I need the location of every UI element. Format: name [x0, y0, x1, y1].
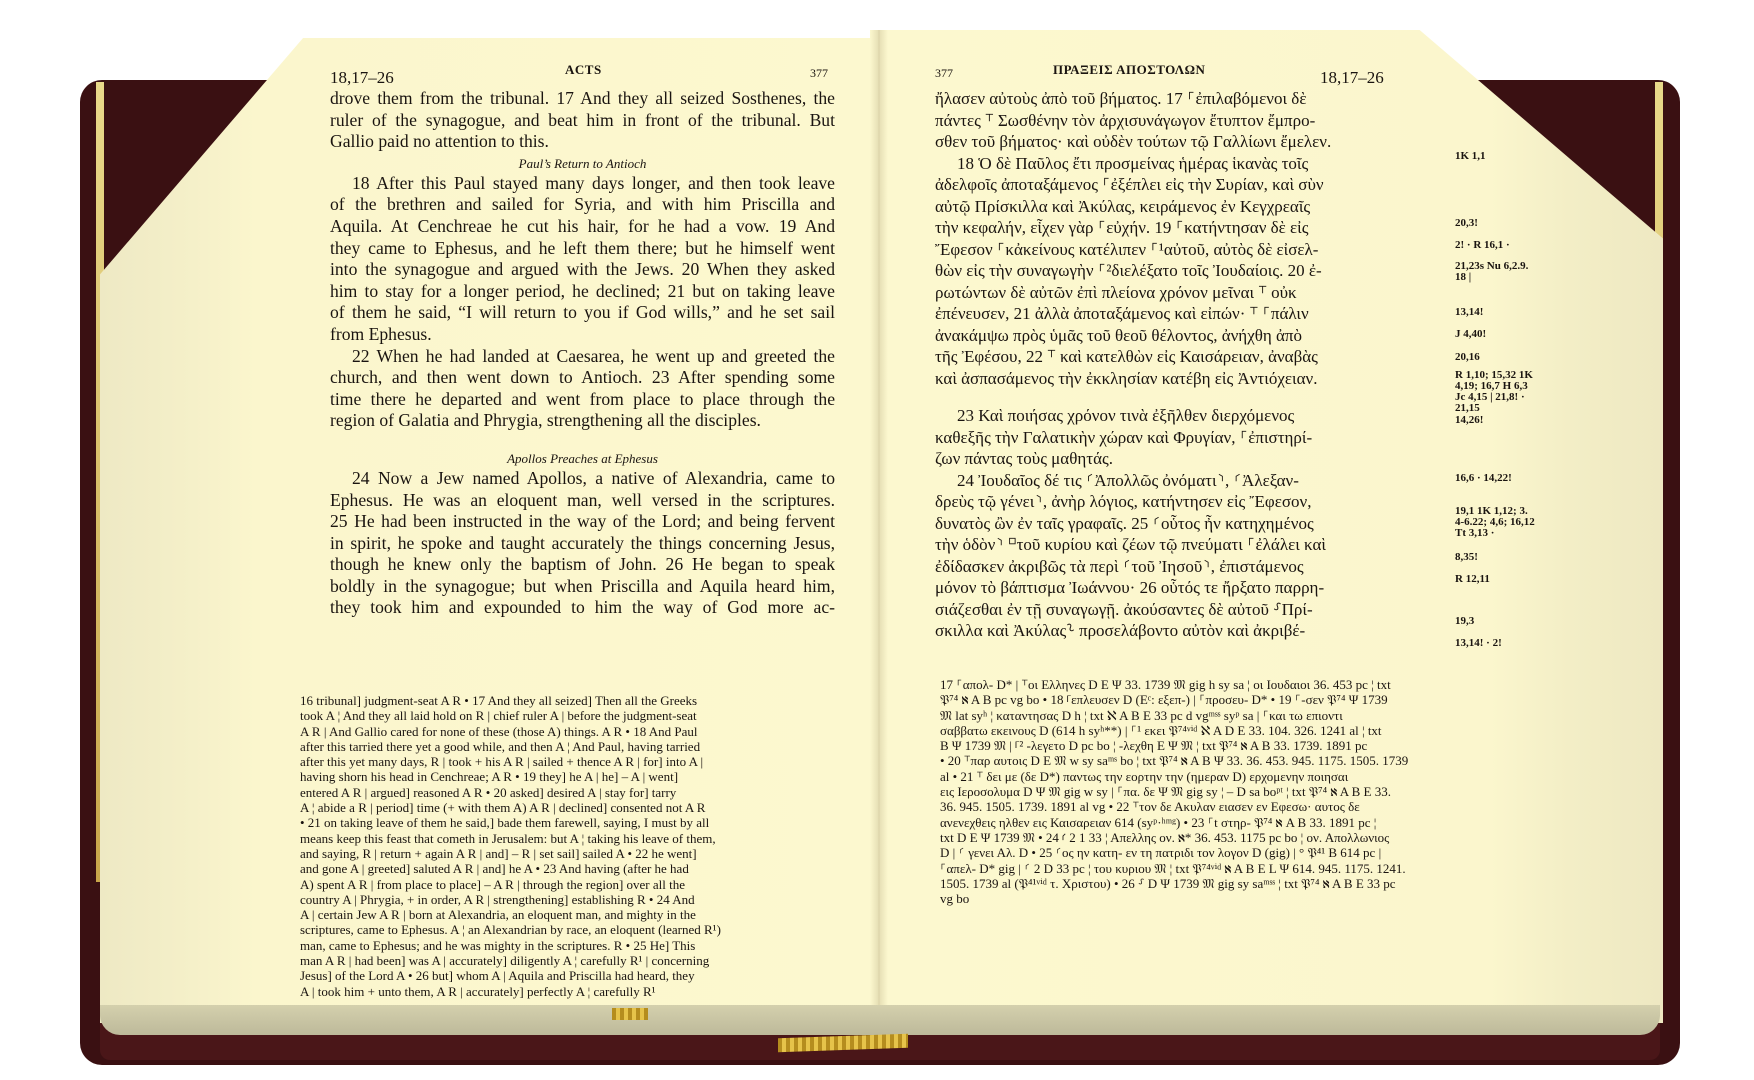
apparatus-line: having shorn his head in Cenchreae; A R …	[300, 769, 800, 784]
text-line: τῆς Ἐφέσου, 22 ⸆ καὶ κατελθὼν εἰς Καισάρ…	[935, 346, 1545, 368]
text-line: καθεξῆς τὴν Γαλατικὴν χώραν καὶ Φρυγίαν,…	[935, 427, 1545, 449]
apparatus-line: 17 ⸀απολ- D* | ⸆οι Ελληνες D E Ψ 33. 173…	[940, 677, 1545, 692]
greek-text: ἤλασεν αὐτοὺς ἀπὸ τοῦ βήματος. 17 ⸀ἐπιλα…	[935, 88, 1545, 642]
section-heading: Apollos Preaches at Ephesus	[330, 450, 835, 468]
text-line: of them he said, “I will return to you i…	[330, 302, 835, 324]
apparatus-line: ανενεχθεις ηλθεν εις Καισαρειαν 614 (syᵖ…	[940, 815, 1545, 830]
apparatus-line: al • 21 ⸆ δει με (δε D*) παντως την εορτ…	[940, 769, 1545, 784]
spacer	[330, 432, 835, 448]
apparatus-line: entered A R | argued] reasoned A R • 20 …	[300, 785, 800, 800]
apparatus-line: 36. 945. 1505. 1739. 1891 al vg • 22 ⸆το…	[940, 799, 1545, 814]
text-line: σκιλλα καὶ Ἀκύλας⸊ προσελάβοντο αὐτὸν κα…	[935, 620, 1545, 642]
text-line: ἀνακάμψω πρὸς ὑμᾶς τοῦ θεοῦ θέλοντος, ἀν…	[935, 325, 1545, 347]
text-line: καὶ ἀσπασάμενος τὴν ἐκκλησίαν κατέβη εἰς…	[935, 368, 1545, 390]
apparatus-line: • 20 ⸆παρ αυτοις D E 𝔐 w sy saᵐˢ bo ¦ tx…	[940, 753, 1545, 768]
text-line: μόνον τὸ βάπτισμα Ἰωάννου· 26 οὗτός τε ἤ…	[935, 577, 1545, 599]
text-line: boldly in the synagogue; but when Prisci…	[330, 576, 835, 598]
apparatus-line: εις Ιεροσολυμα D Ψ 𝔐 gig w sy | ⸀πα. δε …	[940, 784, 1545, 799]
text-line: 24 Now a Jew named Apollos, a native of …	[330, 468, 835, 490]
english-text: drove them from the tribunal. 17 And the…	[330, 88, 835, 619]
cross-reference: 20,16	[1455, 352, 1480, 364]
cross-reference: 1K 1,1	[1455, 151, 1486, 163]
text-line: 25 He had been instructed in the way of …	[330, 511, 835, 533]
apparatus-line: took A ¦ And they all laid hold on R | c…	[300, 708, 800, 723]
apparatus-line: A ¦ abide a R | period] time (+ with the…	[300, 800, 800, 815]
text-line: ἐπένευσεν, 21 ἀλλὰ ἀποταξάμενος καὶ εἰπώ…	[935, 303, 1545, 325]
apparatus-line: country A | Phrygia, + in order, A R | s…	[300, 892, 800, 907]
cross-reference: 13,14! · 2!	[1455, 638, 1502, 650]
cross-reference: 20,3!	[1455, 218, 1478, 230]
text-line: ἐδίδασκεν ἀκριβῶς τὰ περὶ ⸂τοῦ Ἰησοῦ⸃, ἐ…	[935, 556, 1545, 578]
spacer	[935, 389, 1545, 405]
text-line: into the synagogue and argued with the J…	[330, 259, 835, 281]
text-line: church, and then went down to Antioch. 2…	[330, 367, 835, 389]
text-line: region of Galatia and Phrygia, strengthe…	[330, 410, 835, 432]
cross-reference: 21,15	[1455, 403, 1480, 415]
chapter-verse-ref: 18,17–26	[330, 68, 394, 88]
text-line: τὴν ὁδὸν⸃ ⸋τοῦ κυρίου καὶ ζέων τῷ πνεύμα…	[935, 534, 1545, 556]
text-line: from Ephesus.	[330, 324, 835, 346]
apparatus-line: man A R | had been] was A | accurately] …	[300, 953, 800, 968]
page-number: 377	[935, 66, 953, 81]
right-running-head: 377 ΠΡΑΞΕΙΣ ΑΠΟΣΤΟΛΩΝ 18,17–26	[935, 62, 1545, 88]
apparatus-line: 𝔓⁷⁴ ℵ A B pc vg bo • 18 ⸀επλευσεν D (Eᶜ:…	[940, 692, 1545, 707]
left-running-head: 18,17–26 ACTS 377	[330, 62, 835, 88]
cross-reference: 14,26!	[1455, 415, 1483, 427]
text-line: of the brethren and sailed for Syria, an…	[330, 194, 835, 216]
left-page: 18,17–26 ACTS 377 drove them from the tr…	[330, 62, 835, 619]
text-line: Gallio paid no attention to this.	[330, 131, 835, 153]
book-title: ΠΡΑΞΕΙΣ ΑΠΟΣΤΟΛΩΝ	[1053, 62, 1205, 78]
apparatus-line: means keep this feast that cometh in Jer…	[300, 831, 800, 846]
apparatus-line: 𝔐 lat syʰ ¦ καταντησας D h ¦ txt ℵ A B E…	[940, 708, 1545, 723]
apparatus-line: A R | And Gallio cared for none of these…	[300, 724, 800, 739]
text-line: in spirit, he spoke and taught accuratel…	[330, 533, 835, 555]
text-line: drove them from the tribunal. 17 And the…	[330, 88, 835, 110]
text-line: δυνατὸς ὢν ἐν ταῖς γραφαῖς. 25 ⸂οὗτος ἦν…	[935, 513, 1545, 535]
cross-reference: 18 |	[1455, 272, 1471, 284]
apparatus-line: A | took him + unto them, A R | accurate…	[300, 984, 800, 999]
apparatus-line: B Ψ 1739 𝔐 | ⸀² -λεγετο D pc bo ¦ -λεχθη…	[940, 738, 1545, 753]
ribbon-marker-icon[interactable]	[612, 1008, 648, 1020]
text-line: ἤλασεν αὐτοὺς ἀπὸ τοῦ βήματος. 17 ⸀ἐπιλα…	[935, 88, 1545, 110]
book-gutter	[870, 30, 888, 1020]
text-line: time there he departed and went from pla…	[330, 389, 835, 411]
text-line: σθεν τοῦ βήματος· καὶ οὐδὲν τούτων τῷ Γα…	[935, 131, 1545, 153]
text-line: 22 When he had landed at Caesarea, he we…	[330, 346, 835, 368]
cross-reference: 19,3	[1455, 616, 1474, 628]
text-line: ἀδελφοῖς ἀποταξάμενος ⸀ἐξέπλει εἰς τὴν Σ…	[935, 174, 1545, 196]
apparatus-line: after this tarried there yet a good whil…	[300, 739, 800, 754]
book-title: ACTS	[565, 62, 602, 78]
cross-reference: Tt 3,13 ·	[1455, 528, 1494, 540]
apparatus-line: and gone A | greeted] saluted A R | and]…	[300, 861, 800, 876]
section-heading: Paul’s Return to Antioch	[330, 155, 835, 173]
chapter-verse-ref: 18,17–26	[1320, 68, 1384, 88]
text-line: they took him and expounded to him the w…	[330, 597, 835, 619]
apparatus-line: vg bo	[940, 891, 1545, 906]
apparatus-line: txt D E Ψ 1739 𝔐 • 24 ⸂ 2 1 33 ¦ Απελλης…	[940, 830, 1545, 845]
text-line: δρεὺς τῷ γένει⸃, ἀνὴρ λόγιος, κατήντησεν…	[935, 491, 1545, 513]
greek-apparatus: 17 ⸀απολ- D* | ⸆οι Ελληνες D E Ψ 33. 173…	[940, 677, 1545, 906]
apparatus-line: man, came to Ephesus; and he was mighty …	[300, 938, 800, 953]
text-line: Ἔφεσον ⸀κἀκείνους κατέλιπεν ⸀¹αὐτοῦ, αὐτ…	[935, 239, 1545, 261]
text-line: ζων πάντας τοὺς μαθητάς.	[935, 448, 1545, 470]
text-line: θὼν εἰς τὴν συναγωγὴν ⸀²διελέξατο τοῖς Ἰ…	[935, 260, 1545, 282]
apparatus-line: Jesus] of the Lord A • 26 but] whom A | …	[300, 968, 800, 983]
text-line: 18 After this Paul stayed many days long…	[330, 173, 835, 195]
text-line: Aquila. At Cenchreae he cut his hair, fo…	[330, 216, 835, 238]
cross-reference: 16,6 · 14,22!	[1455, 473, 1512, 485]
text-line: they came to Ephesus, and he left them t…	[330, 238, 835, 260]
cross-reference: R 12,11	[1455, 574, 1490, 586]
page-block-bottom	[100, 1005, 1660, 1035]
cross-reference: 8,35!	[1455, 552, 1478, 564]
english-apparatus: 16 tribunal] judgment-seat A R • 17 And …	[300, 693, 800, 999]
apparatus-line: • 21 on taking leave of them he said,] b…	[300, 815, 800, 830]
text-line: him to stay for a longer period, he decl…	[330, 281, 835, 303]
apparatus-line: A | certain Jew A R | born at Alexandria…	[300, 907, 800, 922]
right-page: 377 ΠΡΑΞΕΙΣ ΑΠΟΣΤΟΛΩΝ 18,17–26 ἤλασεν αὐ…	[935, 62, 1545, 642]
page-number: 377	[810, 66, 828, 81]
apparatus-line: 16 tribunal] judgment-seat A R • 17 And …	[300, 693, 800, 708]
text-line: 18 Ὁ δὲ Παῦλος ἔτι προσμείνας ἡμέρας ἱκα…	[935, 153, 1545, 175]
text-line: ruler of the synagogue, and beat him in …	[330, 110, 835, 132]
cross-reference: J 4,40!	[1455, 329, 1486, 341]
text-line: 23 Καὶ ποιήσας χρόνον τινὰ ἐξῆλθεν διερχ…	[935, 405, 1545, 427]
text-line: αὐτῷ Πρίσκιλλα καὶ Ἀκύλας, κειράμενος ἐν…	[935, 196, 1545, 218]
cross-reference: 2! · R 16,1 ·	[1455, 240, 1510, 252]
apparatus-line: 1505. 1739 al (𝔓⁴¹ᵛⁱᵈ τ. Χριστου) • 26 ⸉…	[940, 876, 1545, 891]
text-line: 24 Ἰουδαῖος δέ τις ⸂Ἀπολλῶς ὀνόματι⸃, ⸂Ἀ…	[935, 470, 1545, 492]
text-line: πάντες ⸆ Σωσθένην τὸν ἀρχισυνάγωγον ἔτυπ…	[935, 110, 1545, 132]
apparatus-line: ⸀απελ- D* gig | ⸂ 2 D 33 pc ¦ του κυριου…	[940, 861, 1545, 876]
text-line: Ephesus. He was an eloquent man, well ve…	[330, 490, 835, 512]
apparatus-line: scriptures, came to Ephesus. A ¦ an Alex…	[300, 922, 800, 937]
text-line: τὴν κεφαλήν, εἶχεν γὰρ ⸀εὐχήν. 19 ⸀κατήν…	[935, 217, 1545, 239]
apparatus-line: after this yet many days, R | took + his…	[300, 754, 800, 769]
apparatus-line: A) spent A R | from place to place] – A …	[300, 877, 800, 892]
apparatus-line: D | ⸂ γενει Αλ. D • 25 ⸂ος ην κατη- εν τ…	[940, 845, 1545, 860]
cross-reference: 13,14!	[1455, 307, 1483, 319]
apparatus-line: σαββατω εκεινους D (614 h syʰ**) | ⸀¹ εκ…	[940, 723, 1545, 738]
apparatus-line: and saying, R | return + again A R | and…	[300, 846, 800, 861]
text-line: though he knew only the baptism of John.…	[330, 554, 835, 576]
text-line: σιάζεσθαι ἐν τῇ συναγωγῇ. ἀκούσαντες δὲ …	[935, 599, 1545, 621]
text-line: ρωτώντων δὲ αὐτῶν ἐπὶ πλείονα χρόνον μεῖ…	[935, 282, 1545, 304]
